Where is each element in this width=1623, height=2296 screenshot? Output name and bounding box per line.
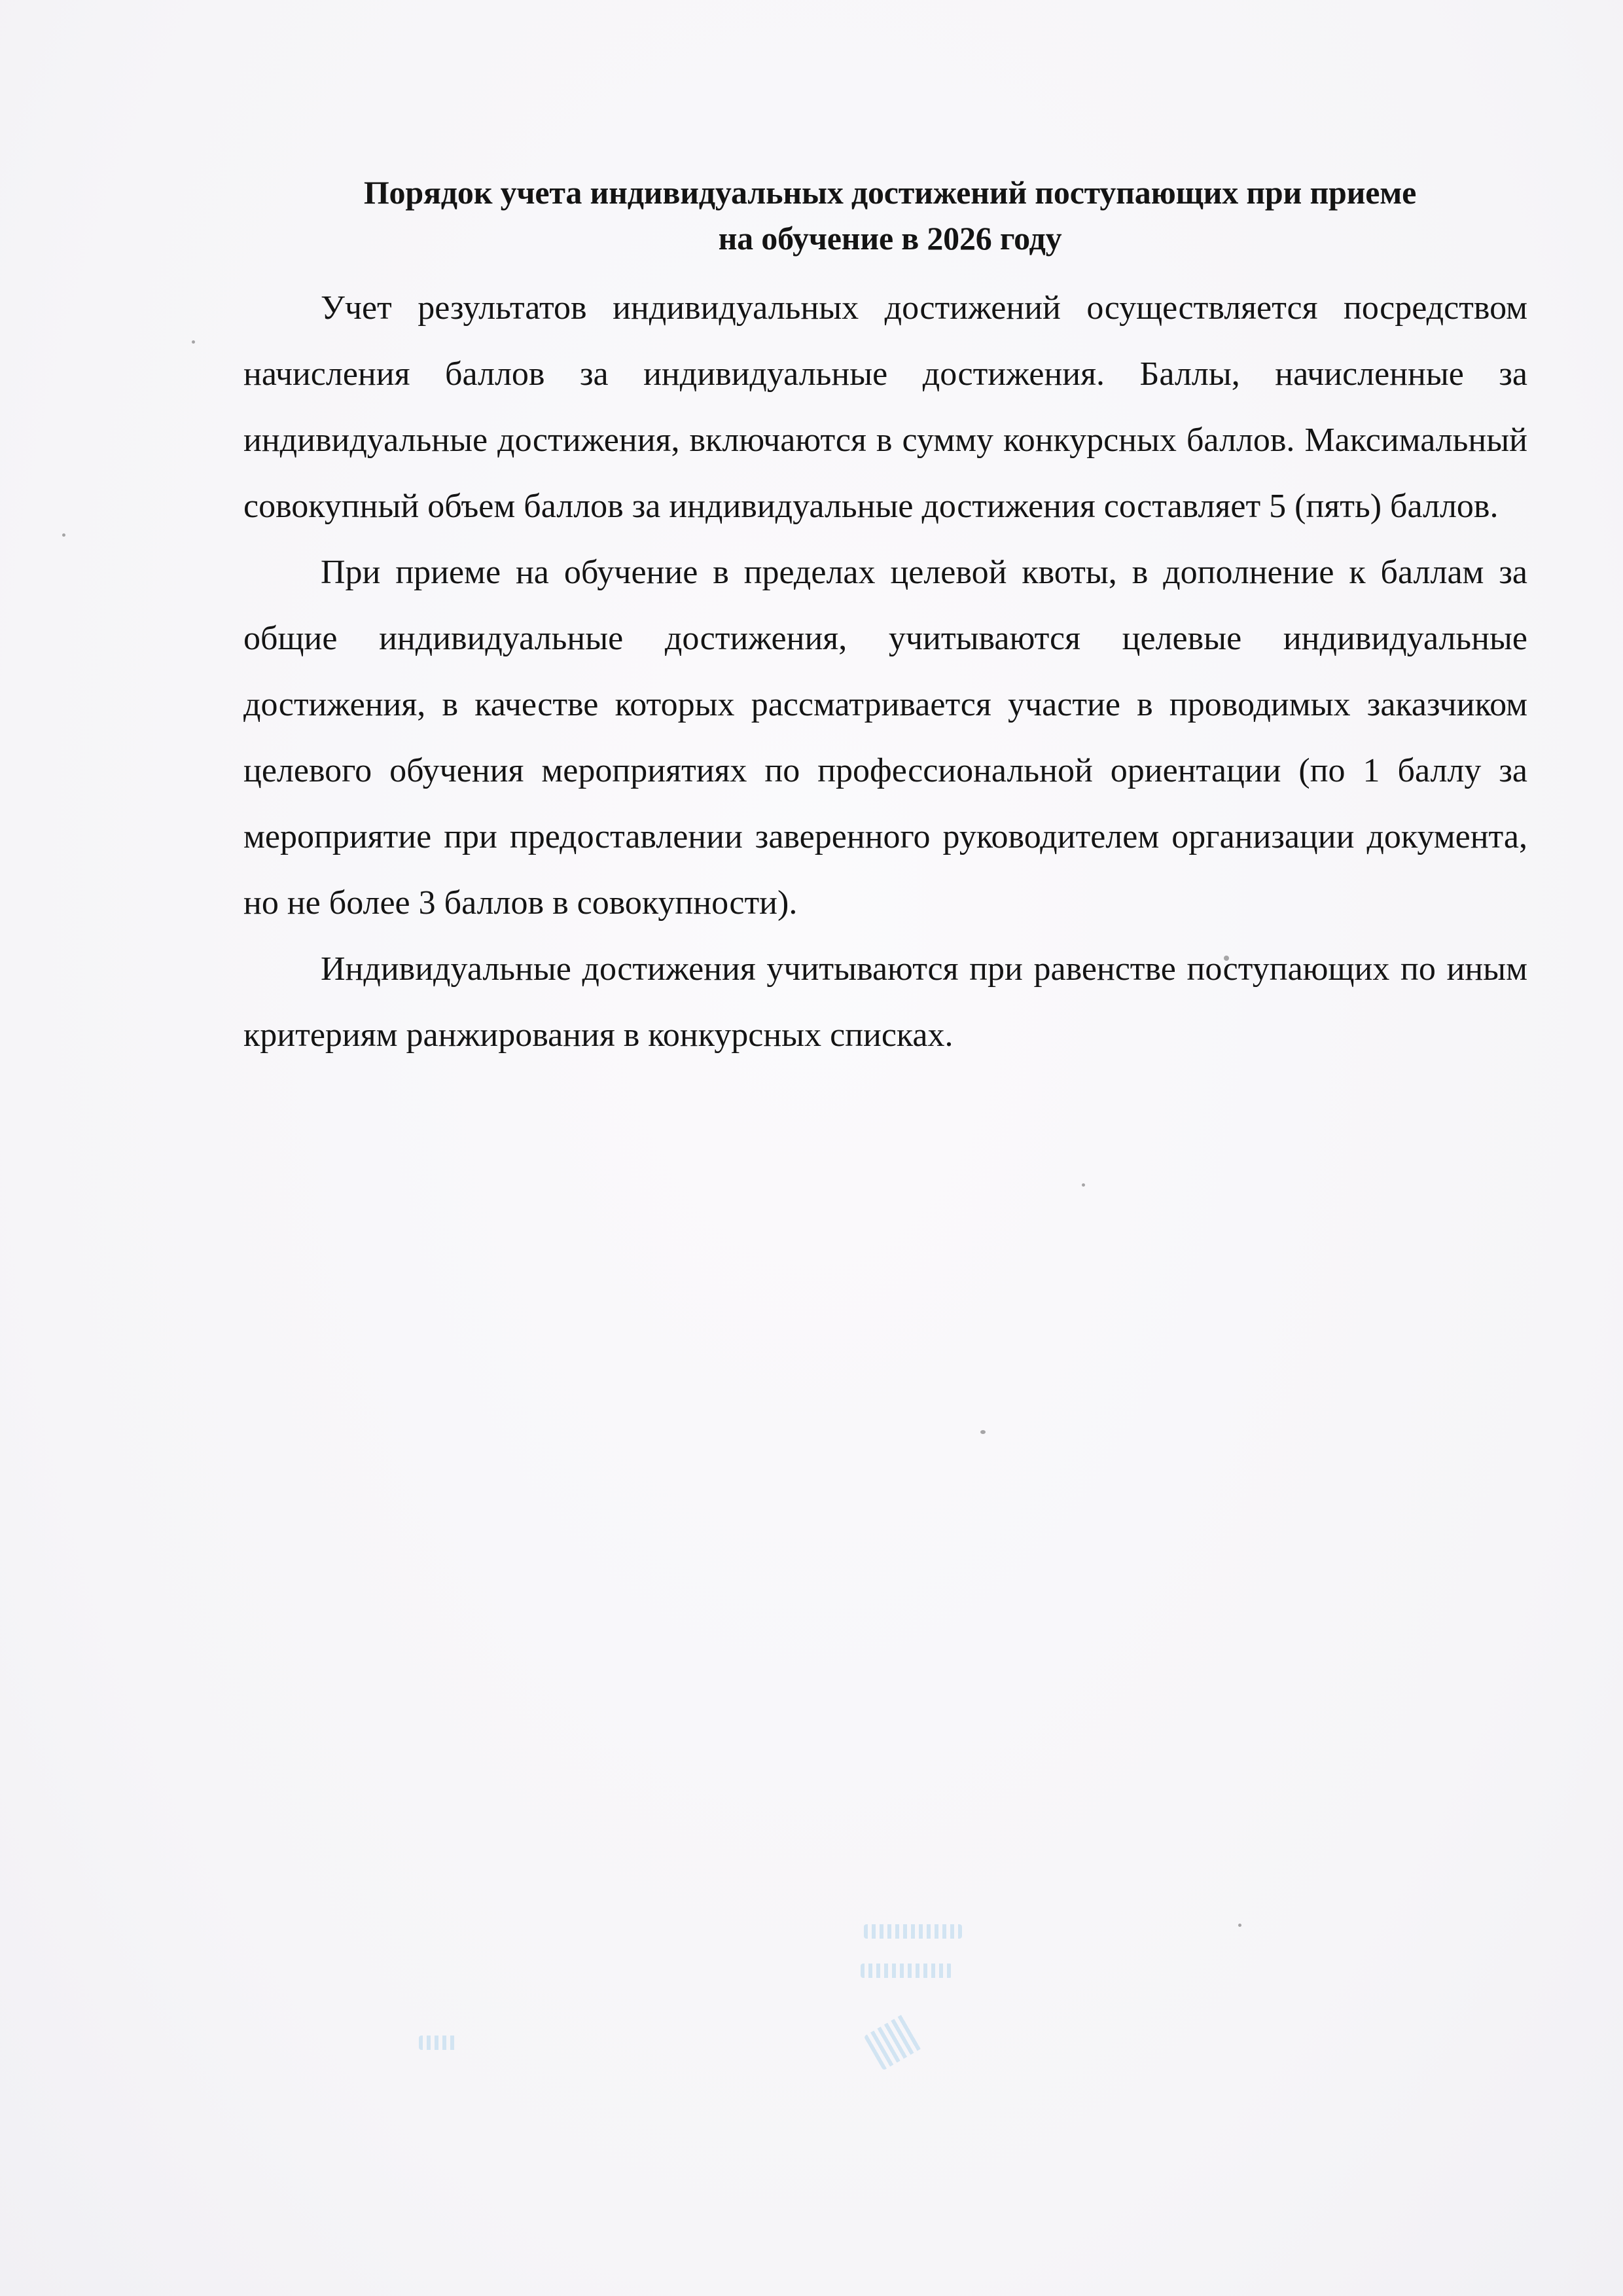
scan-speck — [62, 533, 65, 537]
scan-speck — [1238, 1924, 1241, 1927]
scan-speck — [1082, 1183, 1085, 1187]
scanned-page: Порядок учета индивидуальных достижений … — [0, 0, 1623, 2296]
document-body: Учет результатов индивидуальных достижен… — [243, 275, 1527, 1068]
stamp-line — [419, 2036, 458, 2050]
title-line-2: на обучение в 2026 году — [249, 215, 1531, 261]
document-title: Порядок учета индивидуальных достижений … — [249, 170, 1531, 261]
stamp-line — [864, 1924, 962, 1939]
scan-speck — [192, 340, 195, 344]
paragraph-scoring: Учет результатов индивидуальных достижен… — [243, 275, 1527, 539]
faint-stamp-mark — [419, 2029, 497, 2081]
signature-mark — [864, 2014, 923, 2071]
scan-speck — [980, 1430, 986, 1434]
paragraph-target-quota: При приеме на обучение в пределах целево… — [243, 539, 1527, 936]
title-line-1: Порядок учета индивидуальных достижений … — [249, 170, 1531, 215]
scan-speck — [1224, 956, 1229, 961]
stamp-line — [861, 1964, 952, 1978]
faint-stamp-mark — [857, 1911, 1067, 2081]
paragraph-tie-break: Индивидуальные достижения учитываются пр… — [243, 936, 1527, 1068]
